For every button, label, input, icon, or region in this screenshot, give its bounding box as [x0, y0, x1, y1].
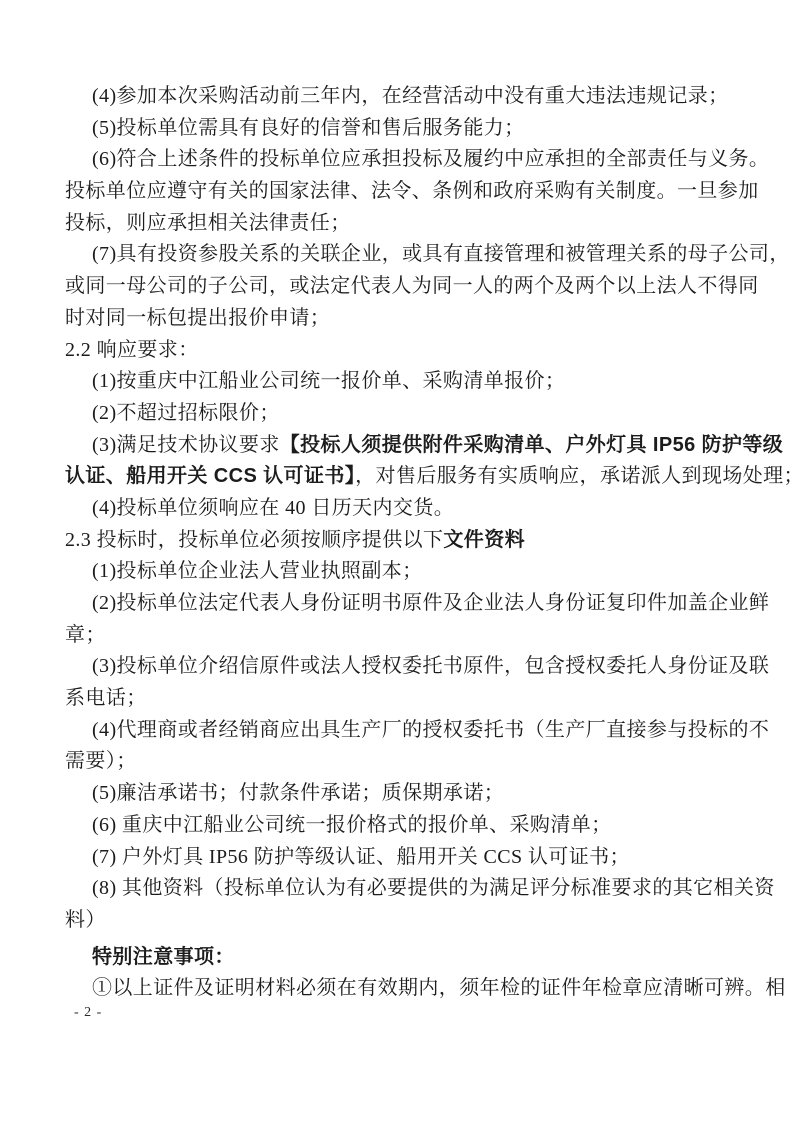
- text-segment: (1)投标单位企业法人营业执照副本；: [92, 560, 423, 582]
- text-line: 或同一母公司的子公司，或法定代表人为同一人的两个及两个以上法人不得同: [65, 271, 729, 303]
- text-segment: 料）: [65, 909, 106, 931]
- text-line: (4)代理商或者经销商应出具生产厂的授权委托书（生产厂直接参与投标的不: [65, 715, 729, 747]
- text-line: (7) 户外灯具 IP56 防护等级认证、船用开关 CCS 认可证书；: [65, 842, 729, 874]
- text-segment: ，对售后服务有实质响应，承诺派人到现场处理；: [355, 465, 793, 487]
- text-line: 需要）；: [65, 746, 729, 778]
- text-line: 章；: [65, 620, 729, 652]
- text-segment: 或同一母公司的子公司，或法定代表人为同一人的两个及两个以上法人不得同: [65, 275, 759, 297]
- text-segment: 2.3 投标时，投标单位必须按顺序提供以下: [65, 529, 443, 551]
- bold-text-segment: 认证、船用开关 CCS 认可证书】: [65, 465, 355, 487]
- text-segment: (4)投标单位须响应在 40 日历天内交货。: [92, 497, 454, 519]
- text-segment: 投标单位应遵守有关的国家法律、法令、条例和政府采购有关制度。一旦参加: [65, 180, 759, 202]
- text-segment: 2.2 响应要求：: [65, 339, 199, 361]
- text-line: 投标单位应遵守有关的国家法律、法令、条例和政府采购有关制度。一旦参加: [65, 176, 729, 208]
- text-line: (5)投标单位需具有良好的信誉和售后服务能力；: [65, 113, 729, 145]
- notice-item-1: ①以上证件及证明材料必须在有效期内，须年检的证件年检章应清晰可辨。相: [65, 973, 729, 1005]
- text-line: 料）: [65, 905, 729, 937]
- text-line: (1)投标单位企业法人营业执照副本；: [65, 556, 729, 588]
- text-line: 系电话；: [65, 683, 729, 715]
- bold-text-segment: 文件资料: [443, 529, 525, 551]
- text-line: (3)满足技术协议要求【投标人须提供附件采购清单、户外灯具 IP56 防护等级: [65, 430, 729, 462]
- bold-text-segment: 【投标人须提供附件采购清单、户外灯具 IP56 防护等级: [280, 434, 783, 456]
- text-line: (6)符合上述条件的投标单位应承担投标及履约中应承担的全部责任与义务。: [65, 144, 729, 176]
- text-segment: (8) 其他资料（投标单位认为有必要提供的为满足评分标准要求的其它相关资: [92, 877, 775, 899]
- text-segment: (5)投标单位需具有良好的信誉和售后服务能力；: [92, 117, 525, 139]
- text-segment: (1)按重庆中江船业公司统一报价单、采购清单报价；: [92, 370, 565, 392]
- document-body: (4)参加本次采购活动前三年内，在经营活动中没有重大违法违规记录；(5)投标单位…: [65, 81, 729, 1005]
- text-segment: (7) 户外灯具 IP56 防护等级认证、船用开关 CCS 认可证书；: [92, 846, 630, 868]
- text-segment: 投标，则应承担相关法律责任；: [65, 212, 351, 234]
- special-notice-heading: 特别注意事项：: [65, 942, 729, 974]
- text-line: 时对同一标包提出报价申请；: [65, 303, 729, 335]
- text-line: (3)投标单位介绍信原件或法人授权委托书原件，包含授权委托人身份证及联: [65, 651, 729, 683]
- section-2-3-heading: 2.3 投标时，投标单位必须按顺序提供以下文件资料: [65, 525, 729, 557]
- text-line: (2)投标单位法定代表人身份证明书原件及企业法人身份证复印件加盖企业鲜: [65, 588, 729, 620]
- text-line: (6) 重庆中江船业公司统一报价格式的报价单、采购清单；: [65, 810, 729, 842]
- text-segment: (6)符合上述条件的投标单位应承担投标及履约中应承担的全部责任与义务。: [92, 148, 769, 170]
- text-segment: 系电话；: [65, 687, 147, 709]
- text-segment: (4)代理商或者经销商应出具生产厂的授权委托书（生产厂直接参与投标的不: [92, 719, 769, 741]
- text-line: (7)具有投资参股关系的关联企业，或具有直接管理和被管理关系的母子公司，: [65, 239, 729, 271]
- text-line: 认证、船用开关 CCS 认可证书】，对售后服务有实质响应，承诺派人到现场处理；: [65, 461, 729, 493]
- section-2-2-heading: 2.2 响应要求：: [65, 335, 729, 367]
- text-segment: (5)廉洁承诺书；付款条件承诺；质保期承诺；: [92, 782, 504, 804]
- text-line: (2)不超过招标限价；: [65, 398, 729, 430]
- text-line: (4)参加本次采购活动前三年内，在经营活动中没有重大违法违规记录；: [65, 81, 729, 113]
- text-segment: (2)投标单位法定代表人身份证明书原件及企业法人身份证复印件加盖企业鲜: [92, 592, 769, 614]
- text-segment: (3)投标单位介绍信原件或法人授权委托书原件，包含授权委托人身份证及联: [92, 655, 769, 677]
- text-segment: 章；: [65, 624, 106, 646]
- bold-text-segment: 特别注意事项：: [92, 946, 235, 968]
- text-segment: 时对同一标包提出报价申请；: [65, 307, 330, 329]
- text-segment: (3)满足技术协议要求: [92, 434, 280, 456]
- text-segment: (7)具有投资参股关系的关联企业，或具有直接管理和被管理关系的母子公司，: [92, 243, 790, 265]
- document-page: (4)参加本次采购活动前三年内，在经营活动中没有重大违法违规记录；(5)投标单位…: [0, 0, 793, 1122]
- text-line: (5)廉洁承诺书；付款条件承诺；质保期承诺；: [65, 778, 729, 810]
- text-line: (4)投标单位须响应在 40 日历天内交货。: [65, 493, 729, 525]
- text-segment: (4)参加本次采购活动前三年内，在经营活动中没有重大违法违规记录；: [92, 85, 729, 107]
- text-line: 投标，则应承担相关法律责任；: [65, 208, 729, 240]
- text-line: (8) 其他资料（投标单位认为有必要提供的为满足评分标准要求的其它相关资: [65, 873, 729, 905]
- page-number: - 2 -: [74, 1003, 102, 1023]
- text-segment: (6) 重庆中江船业公司统一报价格式的报价单、采购清单；: [92, 814, 612, 836]
- text-line: (1)按重庆中江船业公司统一报价单、采购清单报价；: [65, 366, 729, 398]
- text-segment: 需要）；: [65, 750, 137, 772]
- text-segment: (2)不超过招标限价；: [92, 402, 280, 424]
- text-segment: ①以上证件及证明材料必须在有效期内，须年检的证件年检章应清晰可辨。相: [92, 977, 786, 999]
